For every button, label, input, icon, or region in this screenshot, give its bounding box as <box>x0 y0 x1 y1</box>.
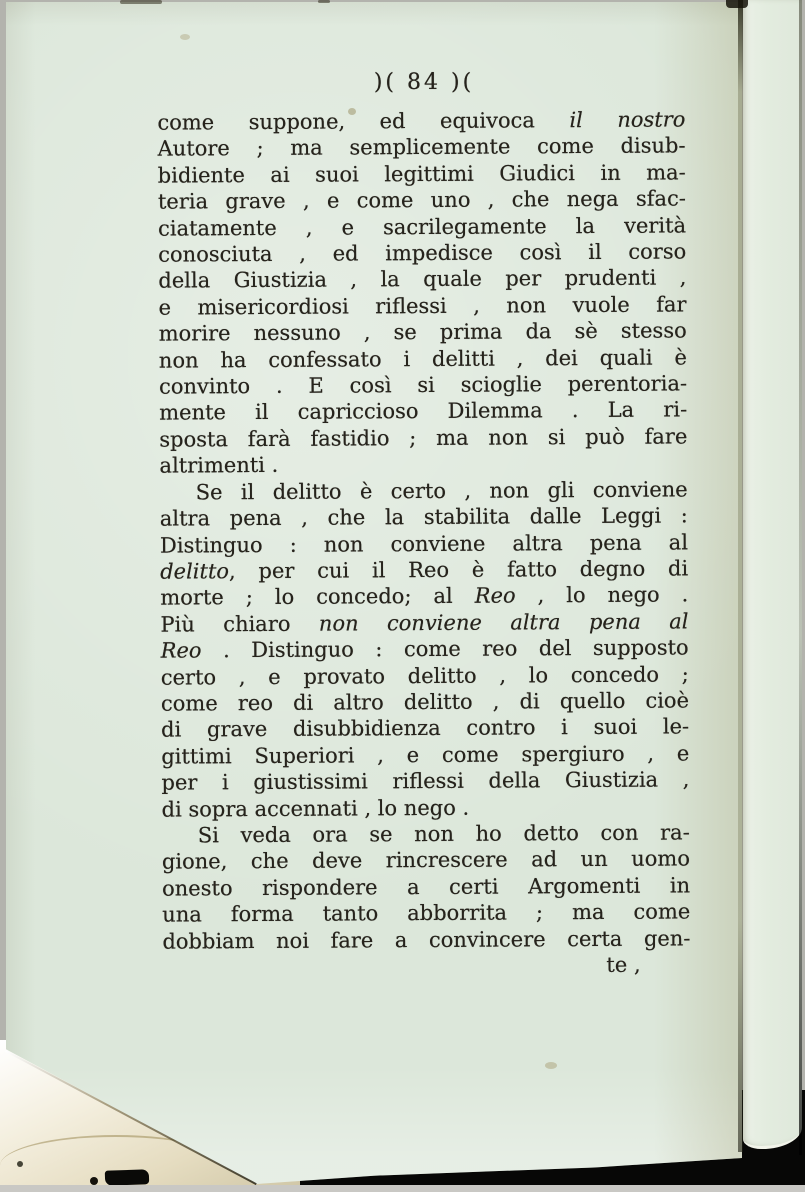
text-segment: bidiente ai suoi legittimi Giudici in ma… <box>158 160 686 187</box>
text-segment: morte ; lo concedo; al <box>160 584 475 610</box>
text-line: una forma tanto abborrita ; ma come <box>162 899 690 929</box>
ink-blot <box>105 1169 149 1186</box>
text-line: di sopra accennati , lo nego . <box>162 793 690 823</box>
text-line: delitto, per cui il Reo è fatto degno di <box>160 555 688 585</box>
text-segment: come suppone, ed equivoca <box>157 108 569 135</box>
text-segment: Più chiaro <box>160 611 319 636</box>
text-segment: gittimi Superiori , e come spergiuro , e <box>161 741 689 768</box>
page-number: )( 84 )( <box>160 70 688 95</box>
text-segment: altra pena , che la stabilita dalle Legg… <box>160 503 688 530</box>
text-segment: Se il delitto è certo , non gli conviene <box>196 477 688 504</box>
text-segment: onesto rispondere a certi Argomenti in <box>162 873 690 900</box>
text-segment: Distinguo : non conviene altra pena al <box>160 530 688 557</box>
italic-text-segment: Reo <box>475 584 516 608</box>
text-line: morire nessuno , se prima da sè stesso <box>159 318 687 348</box>
text-line: te , <box>163 951 691 981</box>
italic-text-segment: delitto <box>160 559 229 583</box>
italic-text-segment: Reo <box>161 638 202 662</box>
text-line: come suppone, ed equivoca il nostro <box>157 106 685 136</box>
text-line: per i giustissimi riflessi della Giustiz… <box>161 767 689 797</box>
ink-dot <box>90 1177 98 1185</box>
text-line: onesto rispondere a certi Argomenti in <box>162 872 690 902</box>
top-edge-mark <box>726 0 748 8</box>
text-segment: di grave disubbidienza contro i suoi le- <box>161 715 689 742</box>
text-line: come reo di altro delitto , di quello ci… <box>161 687 689 717</box>
text-segment: certo , e provato delitto , lo concedo ; <box>161 662 689 689</box>
text-line: Autore ; ma semplicemente come disub- <box>158 133 686 163</box>
page-text: come suppone, ed equivoca il nostroAutor… <box>157 106 690 981</box>
text-segment: per i giustissimi riflessi della Giustiz… <box>161 768 689 795</box>
text-line: gittimi Superiori , e come spergiuro , e <box>161 740 689 770</box>
text-line: morte ; lo concedo; al Reo , lo nego . <box>160 582 688 612</box>
paper-stain <box>180 34 190 40</box>
text-line: altrimenti . <box>159 450 687 480</box>
text-segment: Autore ; ma semplicemente come disub- <box>158 134 686 161</box>
book-photo: )( 84 )( come suppone, ed equivoca il no… <box>0 0 805 1192</box>
text-line: di grave disubbidienza contro i suoi le- <box>161 714 689 744</box>
text-line: certo , e provato delitto , lo concedo ; <box>161 661 689 691</box>
text-line: Reo . Distinguo : come reo del supposto <box>161 635 689 665</box>
text-line: non ha confessato i delitti , dei quali … <box>159 344 687 374</box>
top-edge-mark <box>120 0 162 4</box>
paper-stain <box>545 1062 557 1069</box>
text-segment: della Giustizia , la quale per prudenti … <box>158 266 686 293</box>
text-line: Più chiaro non conviene altra pena al <box>160 608 688 638</box>
text-line: della Giustizia , la quale per prudenti … <box>158 265 686 295</box>
text-line: Se il delitto è certo , non gli conviene <box>160 476 688 506</box>
text-segment: dobbiam noi fare a convincere certa gen- <box>162 926 690 953</box>
text-segment: mente il capriccioso Dilemma . La ri- <box>159 398 687 425</box>
ink-dot <box>17 1161 23 1167</box>
text-segment: come reo di altro delitto , di quello ci… <box>161 688 689 715</box>
photo-border-bottom <box>0 1185 805 1192</box>
text-line: teria grave , e come uno , che nega sfac… <box>158 186 686 216</box>
text-line: dobbiam noi fare a convincere certa gen- <box>162 925 690 955</box>
text-segment: ciatamente , e sacrilegamente la verità <box>158 213 686 240</box>
text-segment: conosciuta , ed impedisce così il corso <box>158 239 686 266</box>
next-page-edge <box>743 0 802 1149</box>
text-line: bidiente ai suoi legittimi Giudici in ma… <box>158 159 686 189</box>
text-line: mente il capriccioso Dilemma . La ri- <box>159 397 687 427</box>
text-line: e misericordiosi riflessi , non vuole fa… <box>158 291 686 321</box>
text-segment: morire nessuno , se prima da sè stesso <box>159 319 687 346</box>
italic-text-segment: non conviene altra pena al <box>319 609 689 635</box>
text-segment: . Distinguo : come reo del supposto <box>201 636 688 663</box>
top-edge-mark <box>318 0 330 3</box>
paper-stain <box>348 108 356 115</box>
text-segment: di sopra accennati , lo nego . <box>162 795 470 821</box>
text-line: sposta farà fastidio ; ma non si può far… <box>159 423 687 453</box>
text-segment: Si veda ora se non ho detto con ra- <box>198 820 690 847</box>
text-line: conosciuta , ed impedisce così il corso <box>158 238 686 268</box>
text-segment: non ha confessato i delitti , dei quali … <box>159 345 687 372</box>
text-segment: una forma tanto abborrita ; ma come <box>162 900 690 927</box>
text-segment: te , <box>606 953 640 977</box>
text-line: Distinguo : non conviene altra pena al <box>160 529 688 559</box>
page-crease <box>738 0 743 1152</box>
text-segment: sposta farà fastidio ; ma non si può far… <box>159 424 687 451</box>
text-line: altra pena , che la stabilita dalle Legg… <box>160 502 688 532</box>
text-segment: teria grave , e come uno , che nega sfac… <box>158 187 686 214</box>
text-segment: convinto . E così si scioglie perentoria… <box>159 371 687 398</box>
text-line: Si veda ora se non ho detto con ra- <box>162 819 690 849</box>
photo-right-edge <box>799 0 802 1155</box>
text-segment: , per cui il Reo è fatto degno di <box>229 556 688 583</box>
text-line: ciatamente , e sacrilegamente la verità <box>158 212 686 242</box>
text-line: gione, che deve rincrescere ad un uomo <box>162 846 690 876</box>
text-segment: gione, che deve rincrescere ad un uomo <box>162 847 690 874</box>
text-segment: e misericordiosi riflessi , non vuole fa… <box>158 292 686 319</box>
text-line: convinto . E così si scioglie perentoria… <box>159 370 687 400</box>
text-segment: , lo nego . <box>516 583 689 608</box>
text-segment: altrimenti . <box>159 453 278 478</box>
italic-text-segment: il nostro <box>569 107 685 132</box>
